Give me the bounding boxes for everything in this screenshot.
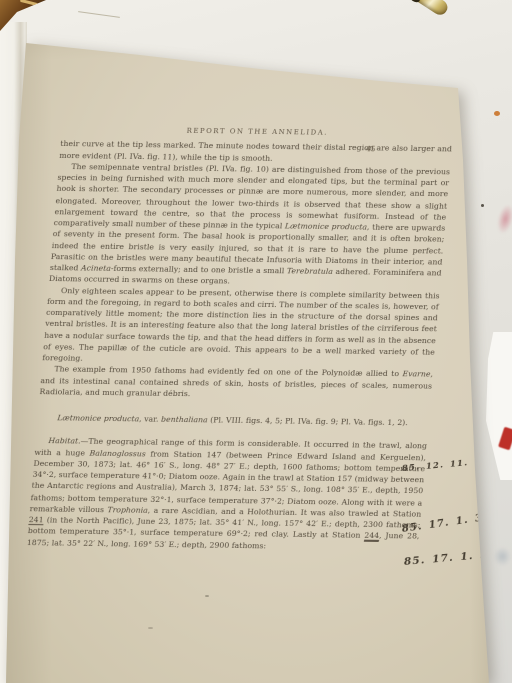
book-page: REPORT ON THE ANNELIDA. 45 their curve a…: [0, 0, 512, 683]
page-number: 45: [365, 143, 376, 154]
text-segment: (Pl. VIII. figs. 4, 5; Pl. IVa. fig. 9; …: [207, 415, 408, 427]
margin-annotation: 85. 17. 1. 36.: [403, 547, 502, 568]
text-segment: Habitat.: [48, 436, 81, 445]
paragraph: The semipennate ventral bristles (Pl. IV…: [49, 161, 451, 290]
page-speck: [148, 627, 153, 629]
text-segment: The semipennate ventral bristles (Pl. IV…: [53, 162, 450, 230]
text-segment: their curve at the tip less marked. The …: [59, 139, 452, 162]
page-speck: [205, 595, 209, 597]
text-segment: benthaliana: [161, 415, 208, 425]
text-segment: Balanoglossus: [89, 448, 146, 458]
text-segment: Evarne: [402, 369, 431, 378]
text-segment: Lætmonice producta: [57, 413, 140, 423]
paragraph: The example from 1950 fathoms had eviden…: [39, 363, 433, 402]
paragraph: Only eighteen scales appear to be presen…: [42, 284, 440, 368]
text-segment: Lætmonice producta: [285, 221, 368, 231]
text-column: REPORT ON THE ANNELIDA. 45 their curve a…: [26, 124, 453, 553]
text-segment: (in the North Pacific), June 23, 1875; l…: [28, 515, 421, 540]
ink-underlined-station-number: 241: [28, 515, 44, 525]
text-segment: from Station 147 (between Prince Edward …: [29, 449, 426, 514]
text-segment: Only eighteen scales appear to be presen…: [42, 286, 440, 363]
species-heading: Lætmonice producta, var. benthaliana (Pl…: [37, 412, 430, 429]
text-segment: , var.: [139, 414, 162, 423]
photo-of-book-page: REPORT ON THE ANNELIDA. 45 their curve a…: [0, 0, 512, 683]
paragraphs: their curve at the tip less marked. The …: [26, 138, 452, 553]
ink-underlined-station-number: 244: [364, 531, 380, 541]
text-segment: Acineta: [81, 263, 112, 272]
paragraph: Habitat.—The geographical range of this …: [26, 435, 427, 553]
text-segment: -forms externally; and to one bristle a …: [111, 264, 288, 275]
text-segment: Trophonia: [107, 505, 148, 515]
book-page-shadow: REPORT ON THE ANNELIDA. 45 their curve a…: [0, 0, 512, 683]
text-segment: Terebratula: [287, 266, 334, 276]
